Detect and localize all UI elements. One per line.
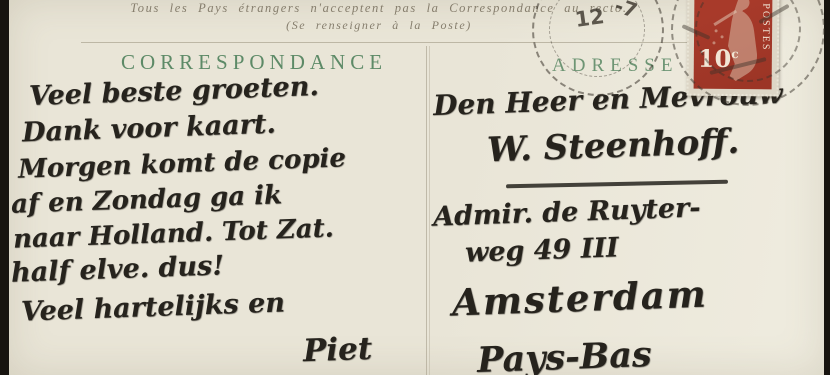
address-line-4: weg 49 III: [465, 232, 620, 268]
postcard-photo: Tous les Pays étrangers n'acceptent pas …: [0, 0, 830, 375]
correspondence-line-4: af en Zondag ga ik: [11, 180, 283, 219]
address-line-6: Pays-Bas: [476, 334, 652, 375]
correspondence-line-7: Veel hartelijks en: [21, 287, 286, 327]
address-line-3: Admir. de Ruyter-: [433, 192, 701, 232]
postcard: Tous les Pays étrangers n'acceptent pas …: [9, 0, 824, 375]
ink-underline: [506, 180, 728, 189]
postmark-day: 12: [573, 4, 605, 32]
correspondence-line-3: Morgen komt de copie: [18, 143, 347, 184]
signature: Piet: [302, 331, 372, 369]
correspondence-line-1: Veel beste groeten.: [29, 71, 320, 112]
correspondence-line-6: half elve. dus!: [11, 250, 225, 288]
correspondence-heading: CORRESPONDANCE: [121, 50, 387, 75]
address-line-2: W. Steenhoff.: [486, 122, 739, 171]
section-divider: [426, 46, 430, 375]
correspondence-line-2: Dank voor kaart.: [22, 109, 277, 149]
correspondence-line-5: naar Holland. Tot Zat.: [13, 213, 335, 254]
address-line-5: Amsterdam: [451, 272, 708, 325]
